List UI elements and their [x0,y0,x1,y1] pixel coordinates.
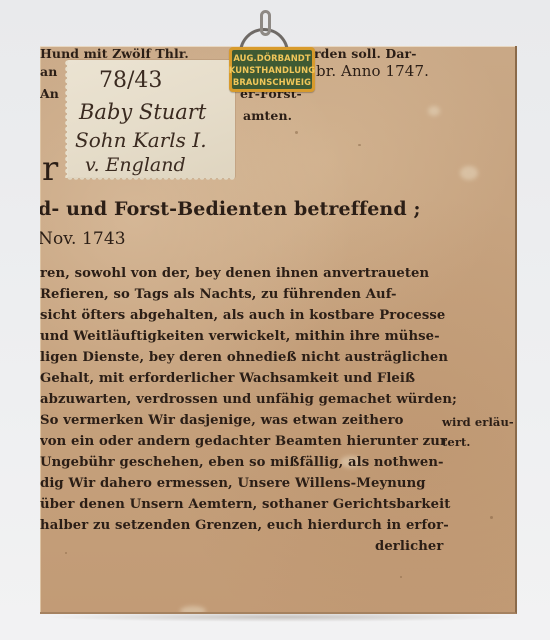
dealer-trade: KUNSTHANDLUNG [229,64,315,76]
print-body-line: So vermerken Wir dasjenige, was etwan ze… [40,413,404,428]
print-line-top-3-left: An [40,86,59,101]
print-body-line: über denen Unsern Aemtern, sothaner Geri… [40,497,450,512]
label-line-subject: Sohn Karls I. [75,128,207,152]
dealer-city: BRAUNSCHWEIG [233,76,311,88]
speck [358,144,361,146]
print-line-top-1-left: Hund mit Zwölf Thlr. [40,46,189,61]
print-body-line-last: derlicher [375,539,443,554]
print-margin-note-2: tert. [442,435,471,449]
print-body-line: Refieren, so Tags als Nachts, zu führend… [40,287,397,302]
print-date: Nov. 1743 [40,229,126,249]
label-line-title: Baby Stuart [79,100,206,124]
stain [180,606,206,614]
stain [428,106,440,116]
print-body-line: von ein oder andern gedachter Beamten hi… [40,434,447,449]
print-line-top-2-right: br. Anno 1747. [316,62,429,80]
print-body-line: dig Wir dahero ermessen, Unsere Willens-… [40,476,426,491]
print-line-top-4-right: amten. [243,108,292,123]
dealer-label-inner: AUG.DÖRBANDT KUNSTHANDLUNG BRAUNSCHWEIG [232,50,312,89]
print-margin-note-1: wird erläu- [442,415,514,429]
print-body-line: sicht öfters abgehalten, als auch in kos… [40,308,445,323]
print-heading: d- und Forst-Bedienten betreffend ; [40,198,421,220]
print-big-letter: r [42,149,58,189]
inventory-number: 78/43 [99,68,162,93]
print-body-line: Gehalt, mit erforderlicher Wachsamkeit u… [40,371,415,386]
print-body-line: ligen Dienste, bey deren ohnedieß nicht … [40,350,448,365]
print-line-top-1-right: rden soll. Dar- [314,46,417,61]
dealer-name: AUG.DÖRBANDT [233,52,310,64]
print-line-top-2-left: an [40,64,57,79]
print-body-line: und Weitläuftigkeiten verwickelt, mithin… [40,329,440,344]
print-body-line: Ungebühr geschehen, eben so mißfällig, a… [40,455,444,470]
speck [490,516,493,519]
print-body-line: halber zu setzenden Grenzen, euch hierdu… [40,518,449,533]
print-body-line: ren, sowohl von der, bey denen ihnen anv… [40,266,429,281]
stain [460,166,478,180]
speck [65,552,67,554]
hanger-eyelet-icon [260,10,271,36]
print-body-line: abzuwarten, verdrossen und unfähig gemac… [40,392,457,407]
speck [400,576,402,578]
label-line-origin: v. England [85,154,186,176]
speck [295,131,298,134]
dealer-label: AUG.DÖRBANDT KUNSTHANDLUNG BRAUNSCHWEIG [229,47,315,92]
handwritten-paper-label: 78/43 Baby Stuart Sohn Karls I. v. Engla… [67,60,235,178]
